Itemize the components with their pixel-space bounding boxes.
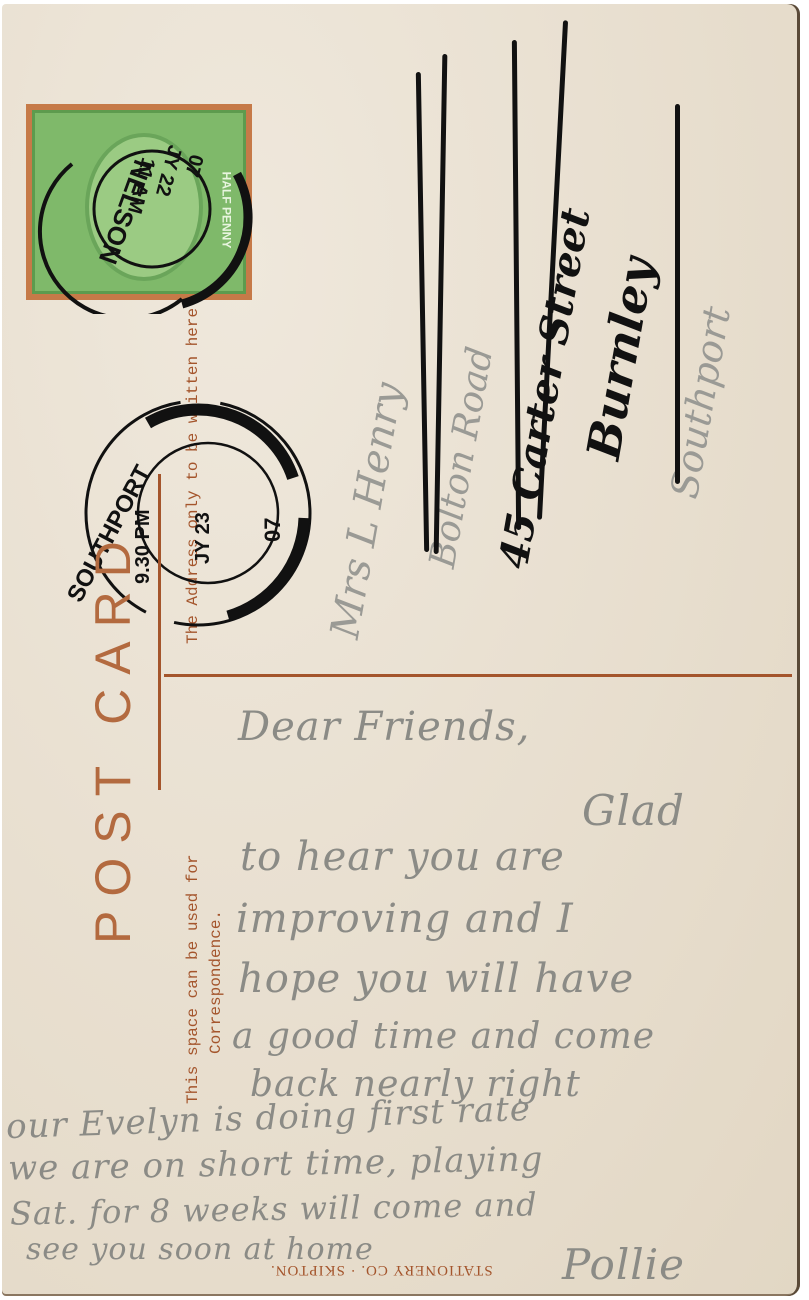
message-line: hope you will have bbox=[238, 956, 634, 1002]
pencil-address-line3: Southport bbox=[662, 303, 739, 501]
southport-postmark-date: JY 23 bbox=[192, 512, 215, 564]
correspondence-note-line2: Correspondence. bbox=[207, 910, 225, 1054]
post-card-heading: POST CARD bbox=[84, 527, 142, 944]
message-line: we are on short time, playing bbox=[8, 1139, 544, 1188]
nelson-postmark-icon bbox=[32, 114, 262, 314]
southport-postmark-year: 07 bbox=[260, 518, 286, 542]
message-line: Sat. for 8 weeks will come and bbox=[10, 1185, 538, 1232]
strike-line bbox=[675, 104, 680, 484]
printer-credit: STATIONERY CO. · SKIPTON. bbox=[270, 1261, 493, 1278]
postcard-back: HALF PENNY NELSON 11 AM JY 22 07 The Add… bbox=[2, 4, 800, 1296]
ink-address-line2: Burnley bbox=[576, 254, 665, 464]
message-line: improving and I bbox=[236, 896, 574, 942]
correspondence-note-line1: This space can be used for bbox=[184, 854, 202, 1104]
horizontal-divider bbox=[164, 674, 792, 677]
message-line: to hear you are bbox=[240, 834, 565, 880]
pencil-address-line1: Mrs L Henry bbox=[322, 379, 412, 642]
message-line: Glad bbox=[582, 786, 685, 835]
message-line: a good time and come bbox=[232, 1016, 655, 1057]
ink-address-line1: 45 Carter Street bbox=[490, 204, 600, 572]
message-line: Dear Friends, bbox=[238, 704, 530, 750]
vertical-divider bbox=[158, 474, 161, 790]
message-line: our Evelyn is doing first rate bbox=[5, 1089, 531, 1147]
strike-line bbox=[416, 72, 429, 552]
signature: Pollie bbox=[562, 1240, 685, 1289]
